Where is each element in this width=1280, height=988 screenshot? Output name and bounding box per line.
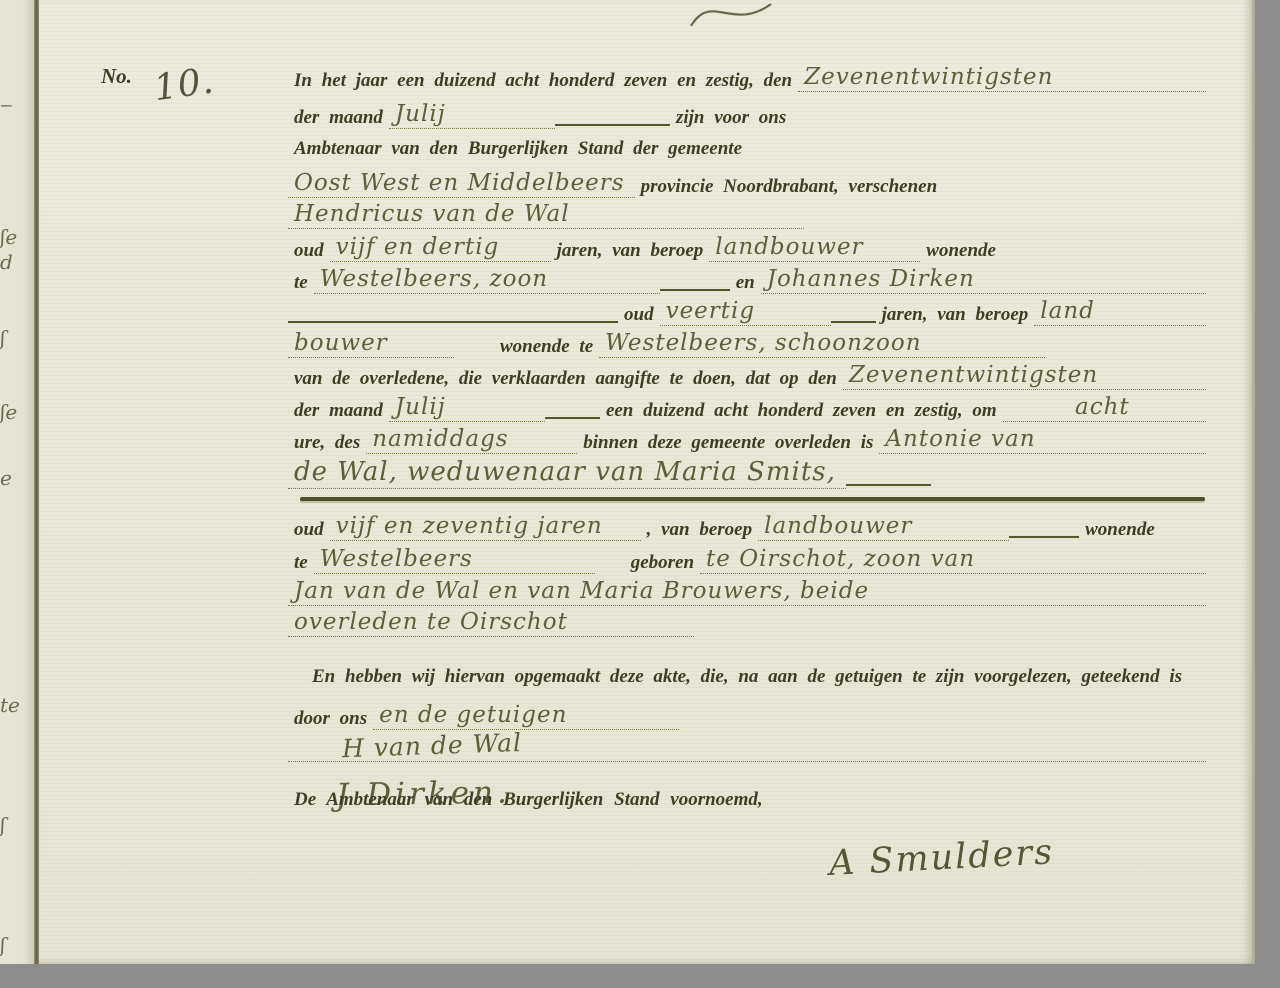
record-line: overleden te Oirschot — [288, 609, 1206, 637]
printed-text: , van beroep — [641, 519, 759, 541]
handwritten-entry: Westelbeers, schoonzoon — [599, 330, 1045, 358]
officer-signature: A Smulders — [822, 832, 1065, 886]
blank-rule — [288, 311, 618, 323]
record-line: oud vijf en zeventig jaren , van beroep … — [288, 513, 1206, 541]
margin-text-fragment: d — [0, 250, 13, 274]
printed-text: provincie Noordbrabant, verschenen — [635, 176, 944, 198]
handwritten-entry: Johannes Dirken — [761, 266, 1206, 294]
record-line: Ambtenaar van den Burgerlijken Stand der… — [288, 138, 1206, 160]
closing-statement: En hebben wij hiervan opgemaakt deze akt… — [288, 666, 1224, 688]
printed-text: geboren — [625, 552, 700, 574]
printed-text: jaren, van beroep — [876, 304, 1035, 326]
handwritten-entry: acht — [1003, 394, 1206, 422]
handwritten-entry: Zevenentwintigsten — [798, 64, 1206, 92]
printed-text: jaren, van beroep — [551, 240, 710, 262]
handwritten-entry: Julij — [389, 101, 555, 129]
record-line: oud veertig jaren, van beroep land — [288, 298, 1206, 326]
margin-text-fragment: ʃe — [0, 400, 17, 424]
handwritten-entry: land — [1034, 298, 1206, 326]
section-divider-rule — [300, 497, 1205, 501]
printed-text: ure, des — [288, 432, 366, 454]
printed-text: door ons — [288, 708, 373, 730]
printed-text: en — [730, 272, 761, 294]
spacer — [288, 878, 823, 879]
spacer — [288, 812, 330, 813]
handwritten-entry: Zevenentwintigsten — [843, 362, 1206, 390]
spacer — [288, 760, 336, 761]
handwritten-entry: Julij — [389, 394, 545, 422]
handwritten-entry: vijf en dertig — [330, 234, 551, 262]
handwritten-entry: namiddags — [366, 426, 577, 454]
handwritten-entry: en de getuigen — [373, 702, 679, 730]
margin-text-fragment: ‒ — [0, 92, 13, 116]
printed-text: Ambtenaar van den Burgerlijken Stand der… — [288, 138, 748, 160]
record-line: de Wal, weduwenaar van Maria Smits, — [288, 457, 1206, 489]
printed-text: der maand — [288, 107, 389, 129]
act-number: No. 10. — [95, 64, 224, 106]
margin-text-fragment: e — [0, 466, 12, 490]
document-scan: { "doc": { "header": { "no_label": "No."… — [0, 0, 1280, 988]
printed-text: En hebben wij hiervan opgemaakt deze akt… — [306, 666, 1188, 688]
handwritten-entry: vijf en zeventig jaren — [330, 513, 641, 541]
printed-text: der maand — [288, 400, 389, 422]
handwritten-entry: Westelbeers, zoon — [314, 266, 660, 294]
act-number-label: No. — [95, 64, 138, 89]
record-line: te Westelbeers geboren te Oirschot, zoon… — [288, 546, 1206, 574]
record-line: oud vijf en dertig jaren, van beroep lan… — [288, 234, 1206, 262]
record-line: Jan van de Wal en van Maria Brouwers, be… — [288, 578, 1206, 606]
handwritten-entry: landbouwer — [758, 513, 1009, 541]
handwritten-entry: bouwer — [288, 330, 454, 358]
record-line: In het jaar een duizend acht honderd zev… — [288, 64, 1206, 92]
printed-text: zijn voor ons — [670, 107, 792, 129]
handwritten-entry: landbouwer — [709, 234, 920, 262]
record-line: ure, des namiddags binnen deze gemeente … — [288, 426, 1206, 454]
blank-rule — [846, 474, 931, 486]
printed-text: te — [288, 552, 314, 574]
officer-title: De Ambtenaar van den Burgerlijken Stand … — [288, 789, 769, 811]
record-line: bouwer wonende te Westelbeers, schoonzoo… — [288, 330, 1206, 358]
handwritten-entry: overleden te Oirschot — [288, 609, 694, 637]
officer-title-line: De Ambtenaar van den Burgerlijken Stand … — [288, 789, 1206, 811]
printed-text: te — [288, 272, 314, 294]
blank-rule — [1009, 526, 1079, 538]
record-line: door ons en de getuigen — [288, 702, 1206, 730]
spacer — [454, 357, 494, 358]
blank-rule — [545, 407, 600, 419]
printed-text: een duizend acht honderd zeven en zestig… — [600, 400, 1003, 422]
printed-text: wonende — [920, 240, 1002, 262]
printed-text: In het jaar een duizend acht honderd zev… — [288, 70, 798, 92]
printed-text: van de overledene, die verklaarden aangi… — [288, 368, 843, 390]
printed-text: wonende — [1079, 519, 1161, 541]
previous-entry-flourish — [687, 0, 777, 28]
handwritten-entry: Oost West en Middelbeers — [288, 170, 635, 198]
record-line: te Westelbeers, zoon en Johannes Dirken — [288, 266, 1206, 294]
margin-text-fragment: ʃ — [0, 326, 5, 350]
signature-line: A Smulders — [288, 838, 1206, 879]
blank-rule — [831, 311, 876, 323]
signature-line: H van de Wal — [288, 731, 1206, 762]
handwritten-entry: de Wal, weduwenaar van Maria Smits, — [288, 457, 846, 489]
margin-text-fragment: ʃ — [0, 813, 5, 837]
handwritten-entry: Hendricus van de Wal — [288, 201, 804, 229]
act-number-value: 10. — [145, 59, 226, 111]
spacer — [595, 573, 625, 574]
margin-text-fragment: te — [0, 693, 20, 717]
adjacent-page-edge: ‒ ʃe d ʃ ʃe e te ʃ ʃ — [0, 0, 34, 964]
printed-text: wonende te — [494, 336, 599, 358]
handwritten-entry: Westelbeers — [314, 546, 595, 574]
death-record-page: No. 10. In het jaar een duizend acht hon… — [39, 0, 1255, 964]
handwritten-entry: te Oirschot, zoon van — [700, 546, 1206, 574]
record-line: Hendricus van de Wal — [288, 201, 1206, 229]
printed-text: oud — [618, 304, 660, 326]
handwritten-entry: Jan van de Wal en van Maria Brouwers, be… — [288, 578, 1206, 606]
blank-rule — [555, 114, 670, 126]
record-line: der maand Julij zijn voor ons — [288, 101, 1206, 129]
record-line: Oost West en Middelbeers provincie Noord… — [288, 170, 1206, 198]
handwritten-entry: veertig — [660, 298, 831, 326]
record-line: der maand Julij een duizend acht honderd… — [288, 394, 1206, 422]
printed-text: oud — [288, 519, 330, 541]
printed-text: binnen deze gemeente overleden is — [577, 432, 879, 454]
printed-text: oud — [288, 240, 330, 262]
handwritten-entry: Antonie van — [879, 426, 1206, 454]
blank-rule — [660, 279, 730, 291]
margin-text-fragment: ʃ — [0, 933, 5, 957]
witness1-signature: H van de Wal — [336, 728, 533, 765]
margin-text-fragment: ʃe — [0, 225, 17, 249]
record-line: van de overledene, die verklaarden aangi… — [288, 362, 1206, 390]
